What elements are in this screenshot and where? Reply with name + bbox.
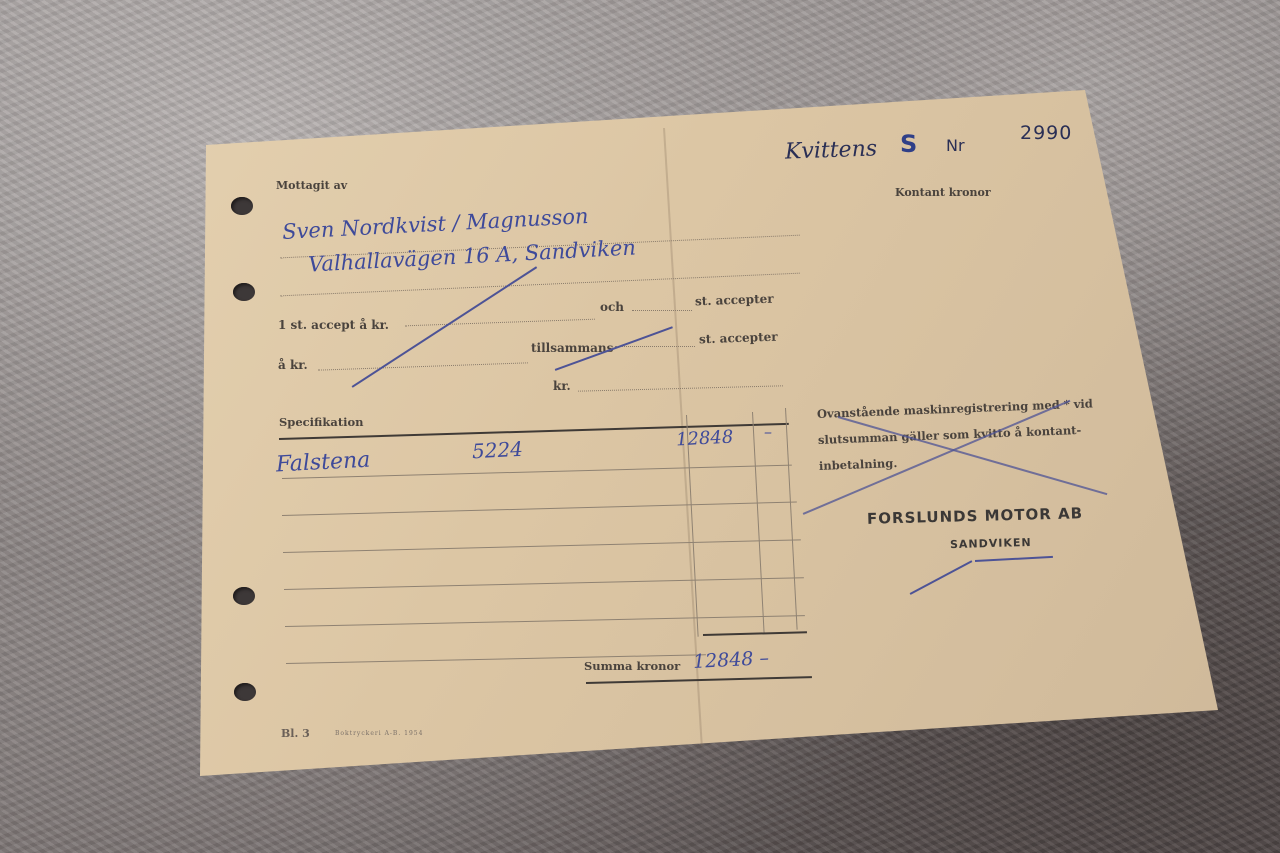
- specification-label: Specifikation: [279, 415, 364, 429]
- machine-registration-note: Ovanstående maskinregistrering med * vid…: [817, 390, 1096, 479]
- printer-line: Boktryckeri A-B. 1954: [335, 730, 423, 737]
- dotted-line: [615, 346, 695, 347]
- receipt-series: S: [900, 130, 917, 158]
- spec-description: Falstena: [275, 448, 371, 478]
- form-code: Bl. 3: [281, 727, 310, 740]
- spec-kronor: 12848: [675, 427, 733, 451]
- spec-ore: –: [764, 422, 772, 441]
- accept-line-2-prefix: å kr.: [278, 358, 308, 372]
- dotted-line: [632, 310, 692, 311]
- receipt-document: Kvittens S Nr 2990 Mottagit av Kontant k…: [0, 0, 1280, 853]
- spec-reference: 5224: [471, 437, 523, 464]
- punch-hole: [233, 587, 255, 605]
- total-label: Summa kronor: [584, 659, 680, 673]
- accept-total-label: kr.: [553, 379, 571, 393]
- accept-line-1-suffix: st. accepter: [695, 292, 774, 309]
- received-from-label: Mottagit av: [276, 179, 347, 192]
- number-label: Nr: [946, 136, 965, 155]
- punch-hole: [233, 283, 255, 301]
- punch-hole: [231, 197, 253, 215]
- cash-label: Kontant kronor: [895, 186, 991, 199]
- accept-line-1-prefix: 1 st. accept å kr.: [278, 318, 389, 332]
- punch-hole: [234, 683, 256, 701]
- receipt-title: Kvittens: [785, 136, 878, 164]
- receipt-number: 2990: [1020, 122, 1072, 144]
- total-value: 12848 –: [692, 647, 769, 673]
- company-city: SANDVIKEN: [950, 536, 1032, 551]
- accept-line-1-connector: och: [600, 300, 624, 314]
- accept-line-2-suffix: st. accepter: [699, 330, 778, 347]
